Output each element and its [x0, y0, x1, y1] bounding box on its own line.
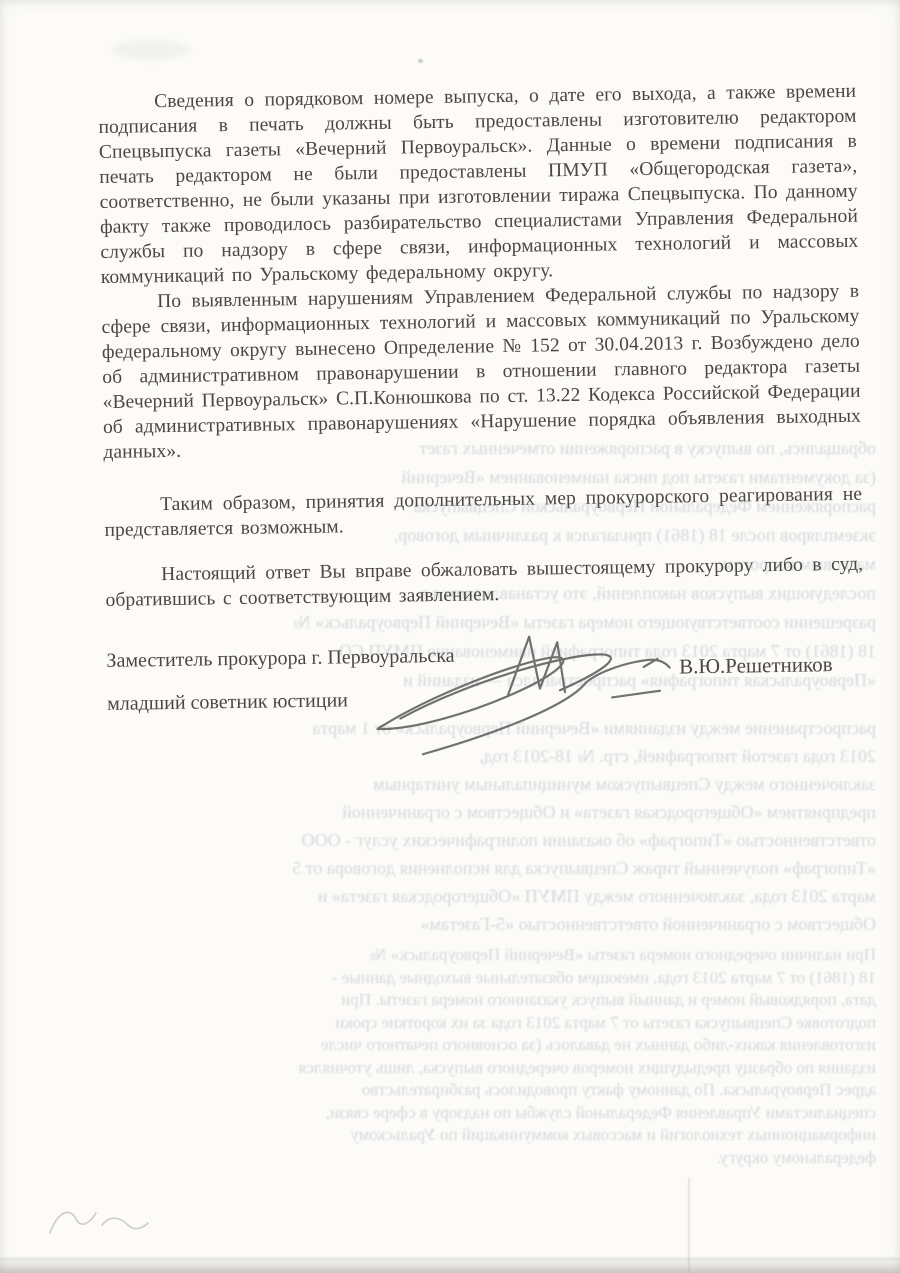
pencil-mark — [38, 1193, 158, 1248]
bleedthrough-line: ответственностью «Типограф» об оказании … — [42, 826, 876, 854]
paragraph: Таким образом, принятия дополнительных м… — [104, 482, 863, 543]
signature-ink — [321, 628, 688, 773]
bleedthrough-line: изготовления каких-либо данных не давало… — [42, 1034, 876, 1057]
bleedthrough-line: подготовке Спецвыпуска газеты от 7 марта… — [42, 1012, 876, 1035]
letter-body: Сведения о порядковом номере выпуска, о … — [98, 79, 864, 613]
signature-block: Заместитель прокурора г. Первоуральска м… — [106, 638, 865, 717]
bleedthrough-line: При наличии очередного номера газеты «Ве… — [42, 944, 876, 967]
bleedthrough-text-lower: При наличии очередного номера газеты «Ве… — [42, 944, 876, 1169]
bleedthrough-line: марта 2013 года, заключенного между ПМУП… — [42, 882, 876, 910]
page-bottom-edge — [0, 1258, 900, 1273]
bleedthrough-line: федеральному округу. — [42, 1147, 876, 1170]
paragraph: Сведения о порядковом номере выпуска, о … — [98, 79, 859, 290]
bleedthrough-line: предприятием «Общегородская газета» и Об… — [42, 798, 876, 826]
scan-speck — [418, 59, 423, 63]
bleedthrough-line: адрес Первоуральска. По данному факту пр… — [42, 1079, 876, 1102]
paper-fold-line — [688, 1178, 690, 1273]
signer-name: В.Ю.Решетников — [679, 652, 833, 679]
bleedthrough-line: Обществом с ограниченной ответственность… — [42, 910, 876, 938]
page-bottom-shadow-line — [0, 1258, 900, 1260]
letter-content: Сведения о порядковом номере выпуска, о … — [98, 79, 865, 717]
bleedthrough-line: «Типограф» полученный тираж Спецвыпуска … — [42, 854, 876, 882]
scan-smudge — [112, 40, 190, 60]
bleedthrough-line: издания по образцу предыдущих номеров оч… — [42, 1057, 876, 1080]
paragraph: Настоящий ответ Вы вправе обжаловать выш… — [105, 552, 864, 613]
bleedthrough-line: информационных технологий и массовых ком… — [42, 1124, 876, 1147]
document-page: обращались, по выпуску в распоряжении от… — [0, 0, 900, 1273]
bleedthrough-line: специалистами Управления Федеральной слу… — [42, 1102, 876, 1125]
bleedthrough-line: заключенного между Спецвыпуском муниципа… — [42, 770, 876, 798]
bleedthrough-line: дата, порядковый номер и данный выпуск у… — [42, 989, 876, 1012]
bleedthrough-line: 18 (1861) от 7 марта 2013 года, имеющем … — [42, 967, 876, 990]
paragraph: По выявленным нарушениям Управлением Фед… — [101, 279, 862, 465]
